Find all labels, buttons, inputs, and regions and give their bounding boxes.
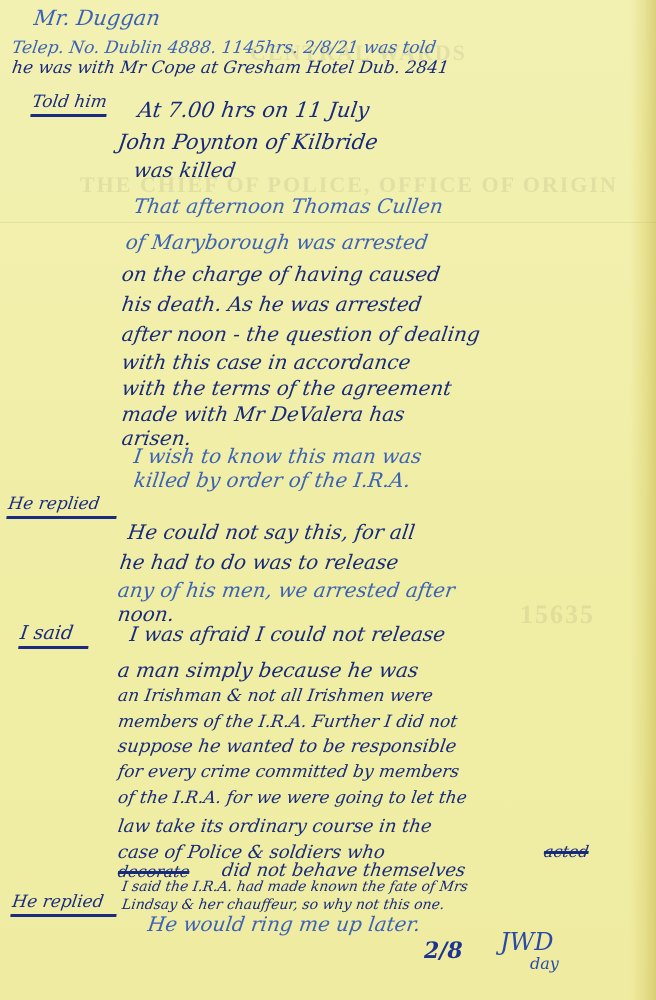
told-line-5: of Maryborough was arrested: [125, 232, 430, 252]
said-line-4: members of the I.R.A. Further I did not: [117, 714, 458, 731]
replied-line-4: noon.: [117, 604, 176, 624]
replied-line-2: he had to do was to release: [119, 552, 400, 572]
told-line-7: his death. As he was arrested: [121, 294, 424, 314]
replied-line-1: He could not say this, for all: [127, 522, 417, 542]
paper-fold-line: [0, 222, 656, 223]
struck-word-1: acted: [543, 844, 590, 860]
said-line-3: an Irishman & not all Irishmen were: [117, 688, 434, 705]
told-line-4: That afternoon Thomas Cullen: [133, 196, 445, 216]
told-line-2: John Poynton of Kilbride: [117, 132, 380, 153]
intro-line-1: Telep. No. Dublin 4888. 1145hrs. 2/8/21 …: [11, 40, 437, 57]
told-line-14: killed by order of the I.R.A.: [133, 470, 412, 490]
ghost-print-number: 15635: [520, 600, 595, 630]
document-page: CENTRAL WARDS THE CHIEF OF POLICE, OFFIC…: [0, 0, 656, 1000]
said-line-7: of the I.R.A. for we were going to let t…: [117, 790, 468, 807]
header-name: Mr. Duggan: [33, 8, 162, 29]
said-line-2: a man simply because he was: [117, 660, 420, 680]
told-line-9: with this case in accordance: [121, 352, 412, 372]
told-line-1: At 7.00 hrs on 11 July: [137, 100, 371, 121]
label-i-said: I said: [18, 622, 92, 649]
told-line-6: on the charge of having caused: [121, 264, 442, 284]
said-line-1: I was afraid I could not release: [129, 624, 447, 644]
told-line-8: after noon - the question of dealing: [121, 324, 482, 344]
told-line-11: made with Mr DeValera has: [121, 404, 406, 424]
said-line-11: I said the I.R.A. had made known the fat…: [121, 880, 469, 894]
told-line-3: was killed: [133, 160, 237, 180]
struck-word-2: decorate: [117, 864, 191, 880]
said-line-10: did not behave themselves: [221, 862, 467, 880]
footer-date: 2/8: [424, 938, 463, 964]
said-line-6: for every crime committed by members: [117, 764, 460, 781]
replied-line-3: any of his men, we arrested after: [117, 580, 457, 600]
label-told-him: Told him: [30, 92, 110, 117]
label-he-replied-1: He replied: [6, 494, 120, 519]
label-he-replied-2: He replied: [10, 892, 120, 917]
footer-initials: JWD: [500, 928, 554, 956]
told-line-13: I wish to know this man was: [133, 446, 423, 466]
said-line-8: law take its ordinary course in the: [117, 818, 433, 836]
said-line-5: suppose he wanted to be responsible: [117, 738, 458, 756]
footer-suffix: day: [530, 954, 559, 973]
intro-line-2: he was with Mr Cope at Gresham Hotel Dub…: [11, 60, 450, 77]
told-line-10: with the terms of the agreement: [121, 378, 453, 398]
replied-final-line: He would ring me up later.: [147, 914, 422, 934]
said-line-12: Lindsay & her chauffeur, so why not this…: [121, 898, 445, 912]
